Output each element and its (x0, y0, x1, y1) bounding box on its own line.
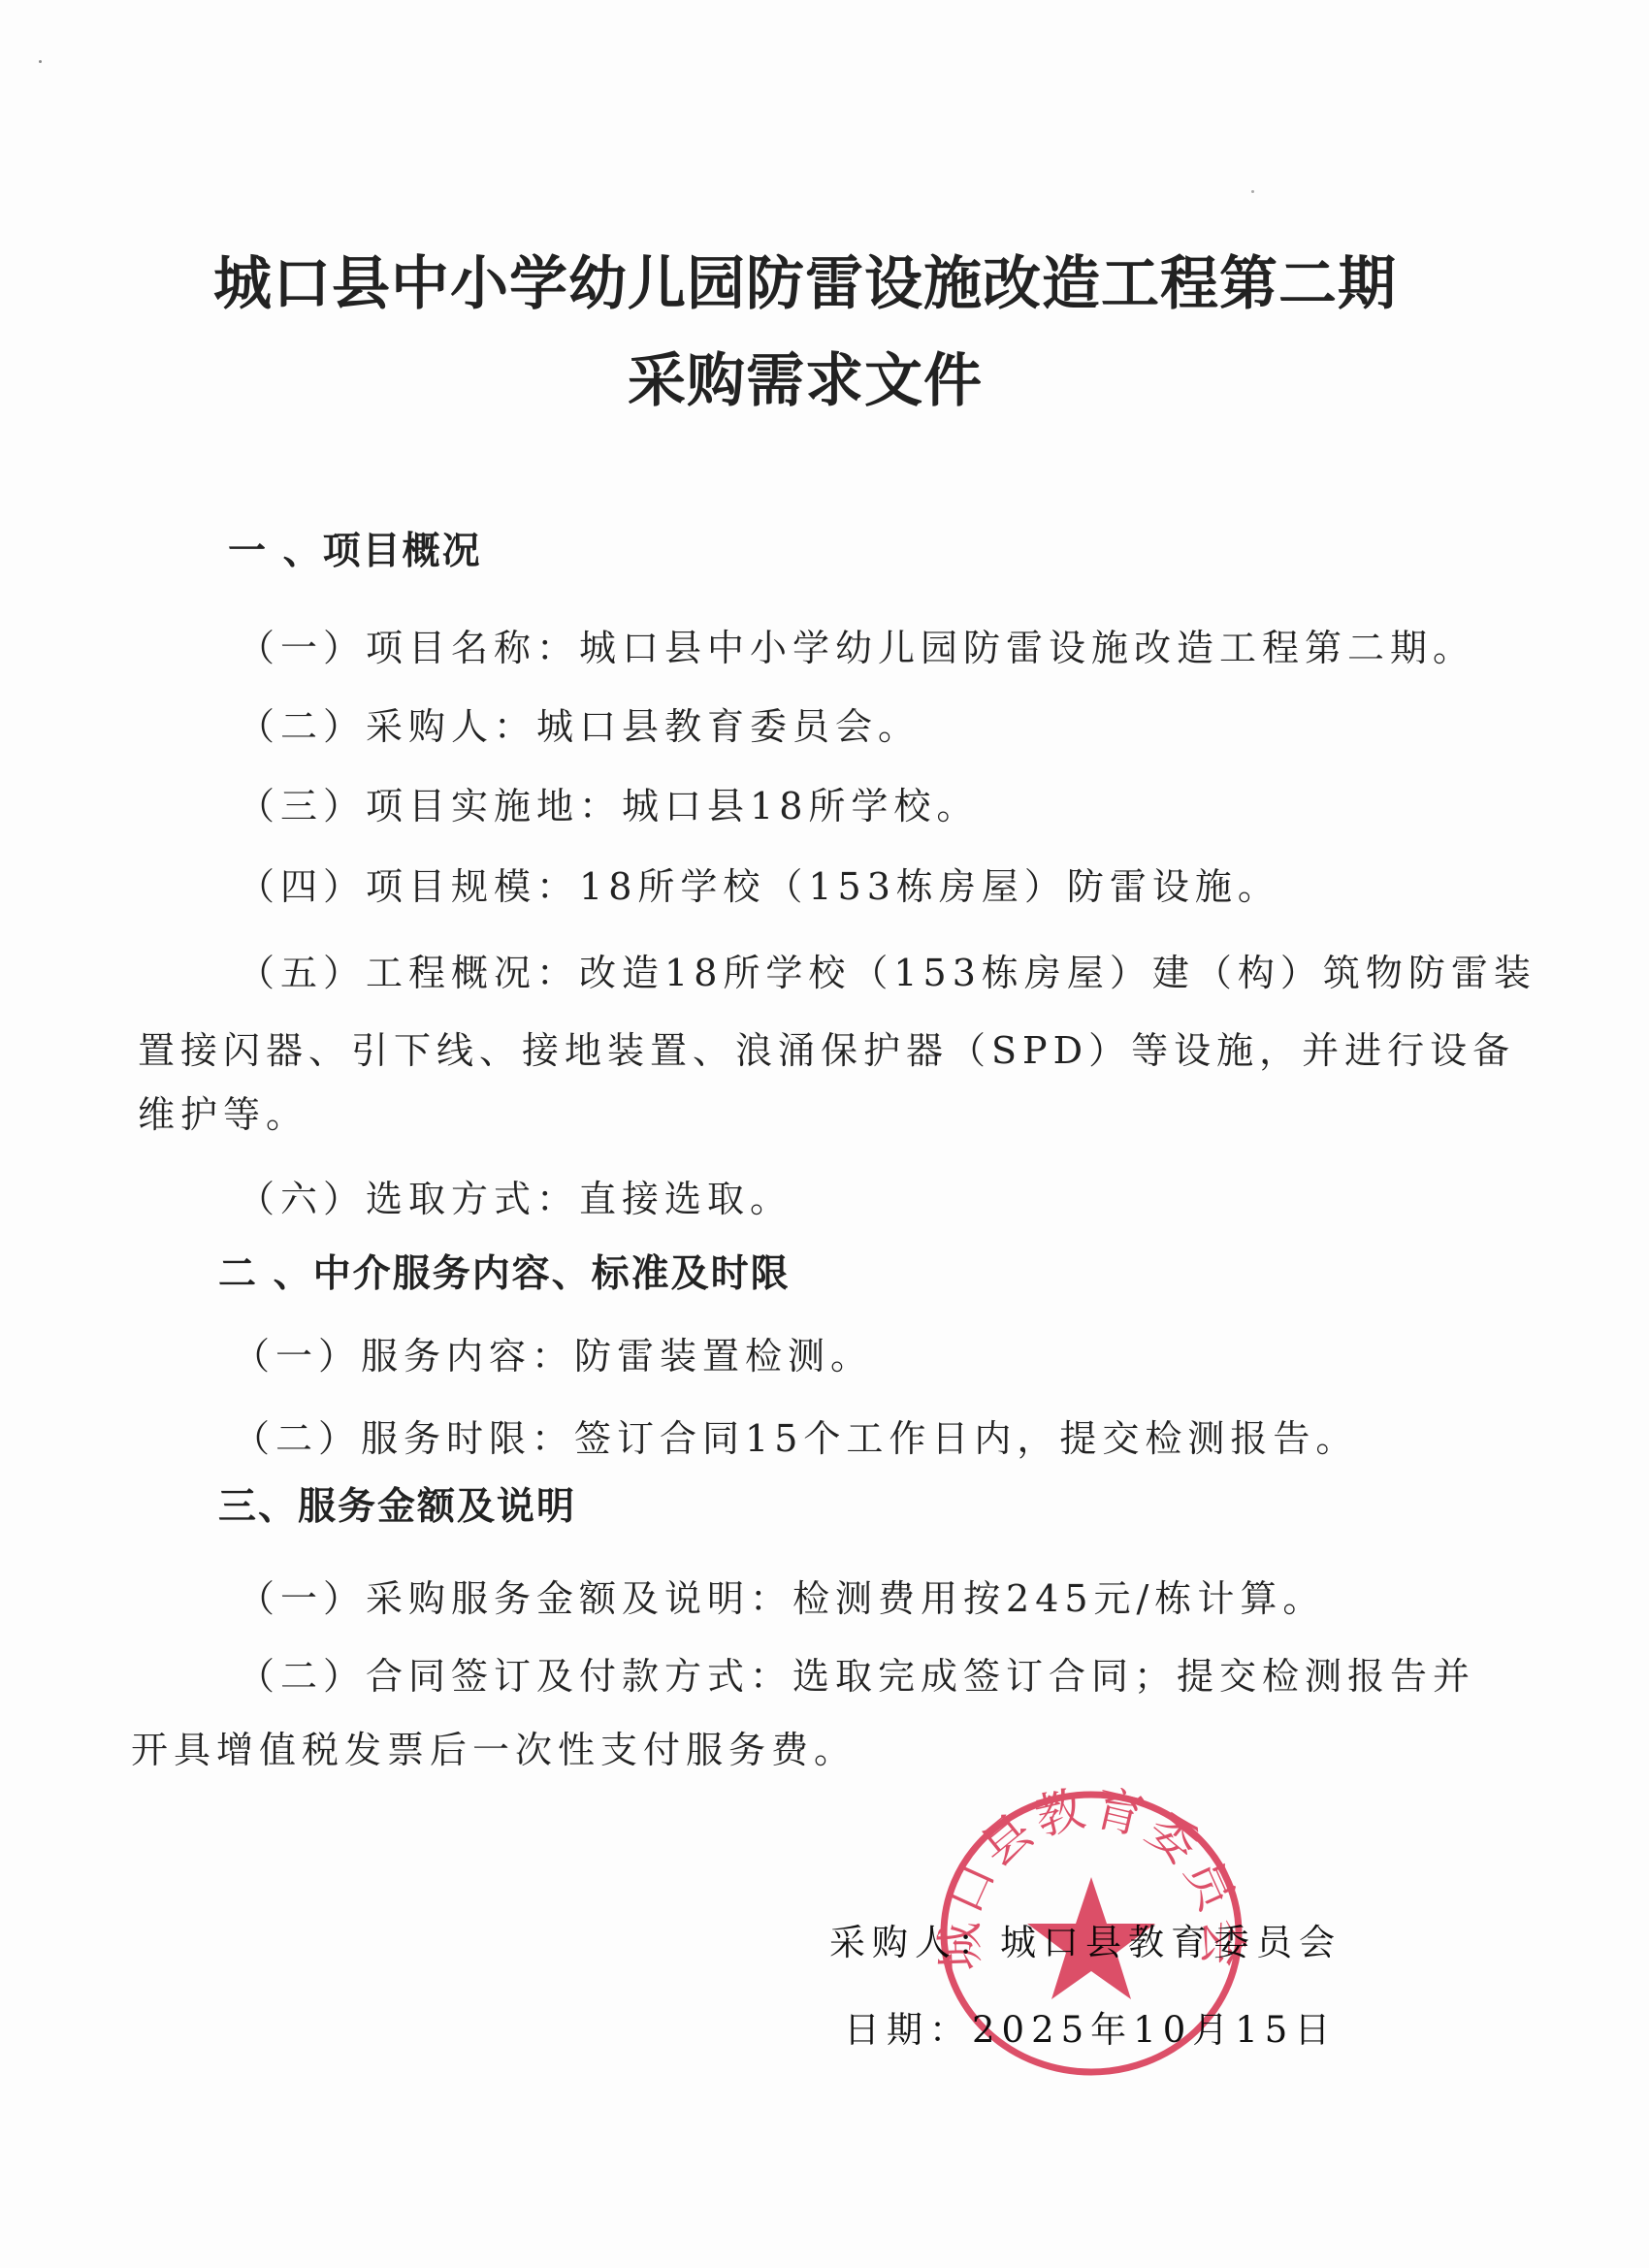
item-label: （一）采购服务金额及说明： (238, 1577, 792, 1620)
list-item: （二）合同签订及付款方式：选取完成签订合同；提交检测报告并 (238, 1646, 1475, 1700)
scan-speck (39, 60, 42, 63)
list-item: （一）采购服务金额及说明：检测费用按245元/栋计算。 (238, 1569, 1325, 1622)
document-title-line2: 采购需求文件 (0, 335, 1610, 418)
document-title-line1: 城口县中小学幼儿园防雷设施改造工程第二期 (0, 238, 1610, 321)
list-item: （一）项目名称：城口县中小学幼儿园防雷设施改造工程第二期。 (238, 618, 1475, 671)
item-text: 城口县18所学校。 (622, 785, 979, 827)
item-label: （六）选取方式： (238, 1178, 579, 1220)
item-label: （一）项目名称： (238, 627, 579, 669)
scan-speck (1251, 190, 1254, 193)
item-label: （三）项目实施地： (238, 785, 622, 827)
item-text: 选取完成签订合同；提交检测报告并 (792, 1655, 1475, 1698)
list-item-continuation: 置接闪器、引下线、接地装置、浪涌保护器（SPD）等设施，并进行设备 (138, 1021, 1515, 1074)
item-text: 改造18所学校（153栋房屋）建（构）筑物防雷装 (579, 952, 1536, 994)
item-text: 签订合同15个工作日内，提交检测报告。 (574, 1417, 1358, 1460)
list-item: （五）工程概况：改造18所学校（153栋房屋）建（构）筑物防雷装 (238, 943, 1536, 996)
item-label: （二）服务时限： (233, 1417, 574, 1460)
section-heading: 二 、中介服务内容、标准及时限 (218, 1244, 791, 1298)
list-item: （三）项目实施地：城口县18所学校。 (238, 776, 979, 829)
document-page: 城口县中小学幼儿园防雷设施改造工程第二期 采购需求文件 一 、项目概况 （一）项… (0, 0, 1649, 2268)
list-item: （四）项目规模：18所学校（153栋房屋）防雷设施。 (238, 857, 1280, 910)
official-seal-icon: 城口县教育委员会 (936, 1788, 1246, 2079)
item-label: （五）工程概况： (238, 952, 579, 994)
item-label: （二）合同签订及付款方式： (238, 1655, 792, 1698)
item-text: 直接选取。 (579, 1178, 792, 1220)
item-text: 城口县教育委员会。 (536, 705, 921, 748)
item-text: 防雷装置检测。 (574, 1335, 873, 1377)
item-text: 18所学校（153栋房屋）防雷设施。 (579, 865, 1280, 908)
list-item-continuation: 维护等。 (138, 1085, 308, 1138)
list-item: （六）选取方式：直接选取。 (238, 1169, 792, 1222)
item-text: 检测费用按245元/栋计算。 (792, 1577, 1325, 1620)
section-heading: 三、服务金额及说明 (218, 1476, 576, 1531)
section-heading: 一 、项目概况 (228, 521, 482, 575)
list-item: （一）服务内容：防雷装置检测。 (233, 1326, 873, 1379)
item-label: （二）采购人： (238, 705, 536, 748)
item-label: （四）项目规模： (238, 865, 579, 908)
list-item: （二）采购人：城口县教育委员会。 (238, 697, 921, 750)
list-item: （二）服务时限：签订合同15个工作日内，提交检测报告。 (233, 1409, 1358, 1462)
list-item-continuation: 开具增值税发票后一次性支付服务费。 (131, 1720, 857, 1773)
item-text: 城口县中小学幼儿园防雷设施改造工程第二期。 (579, 627, 1475, 669)
item-label: （一）服务内容： (233, 1335, 574, 1377)
